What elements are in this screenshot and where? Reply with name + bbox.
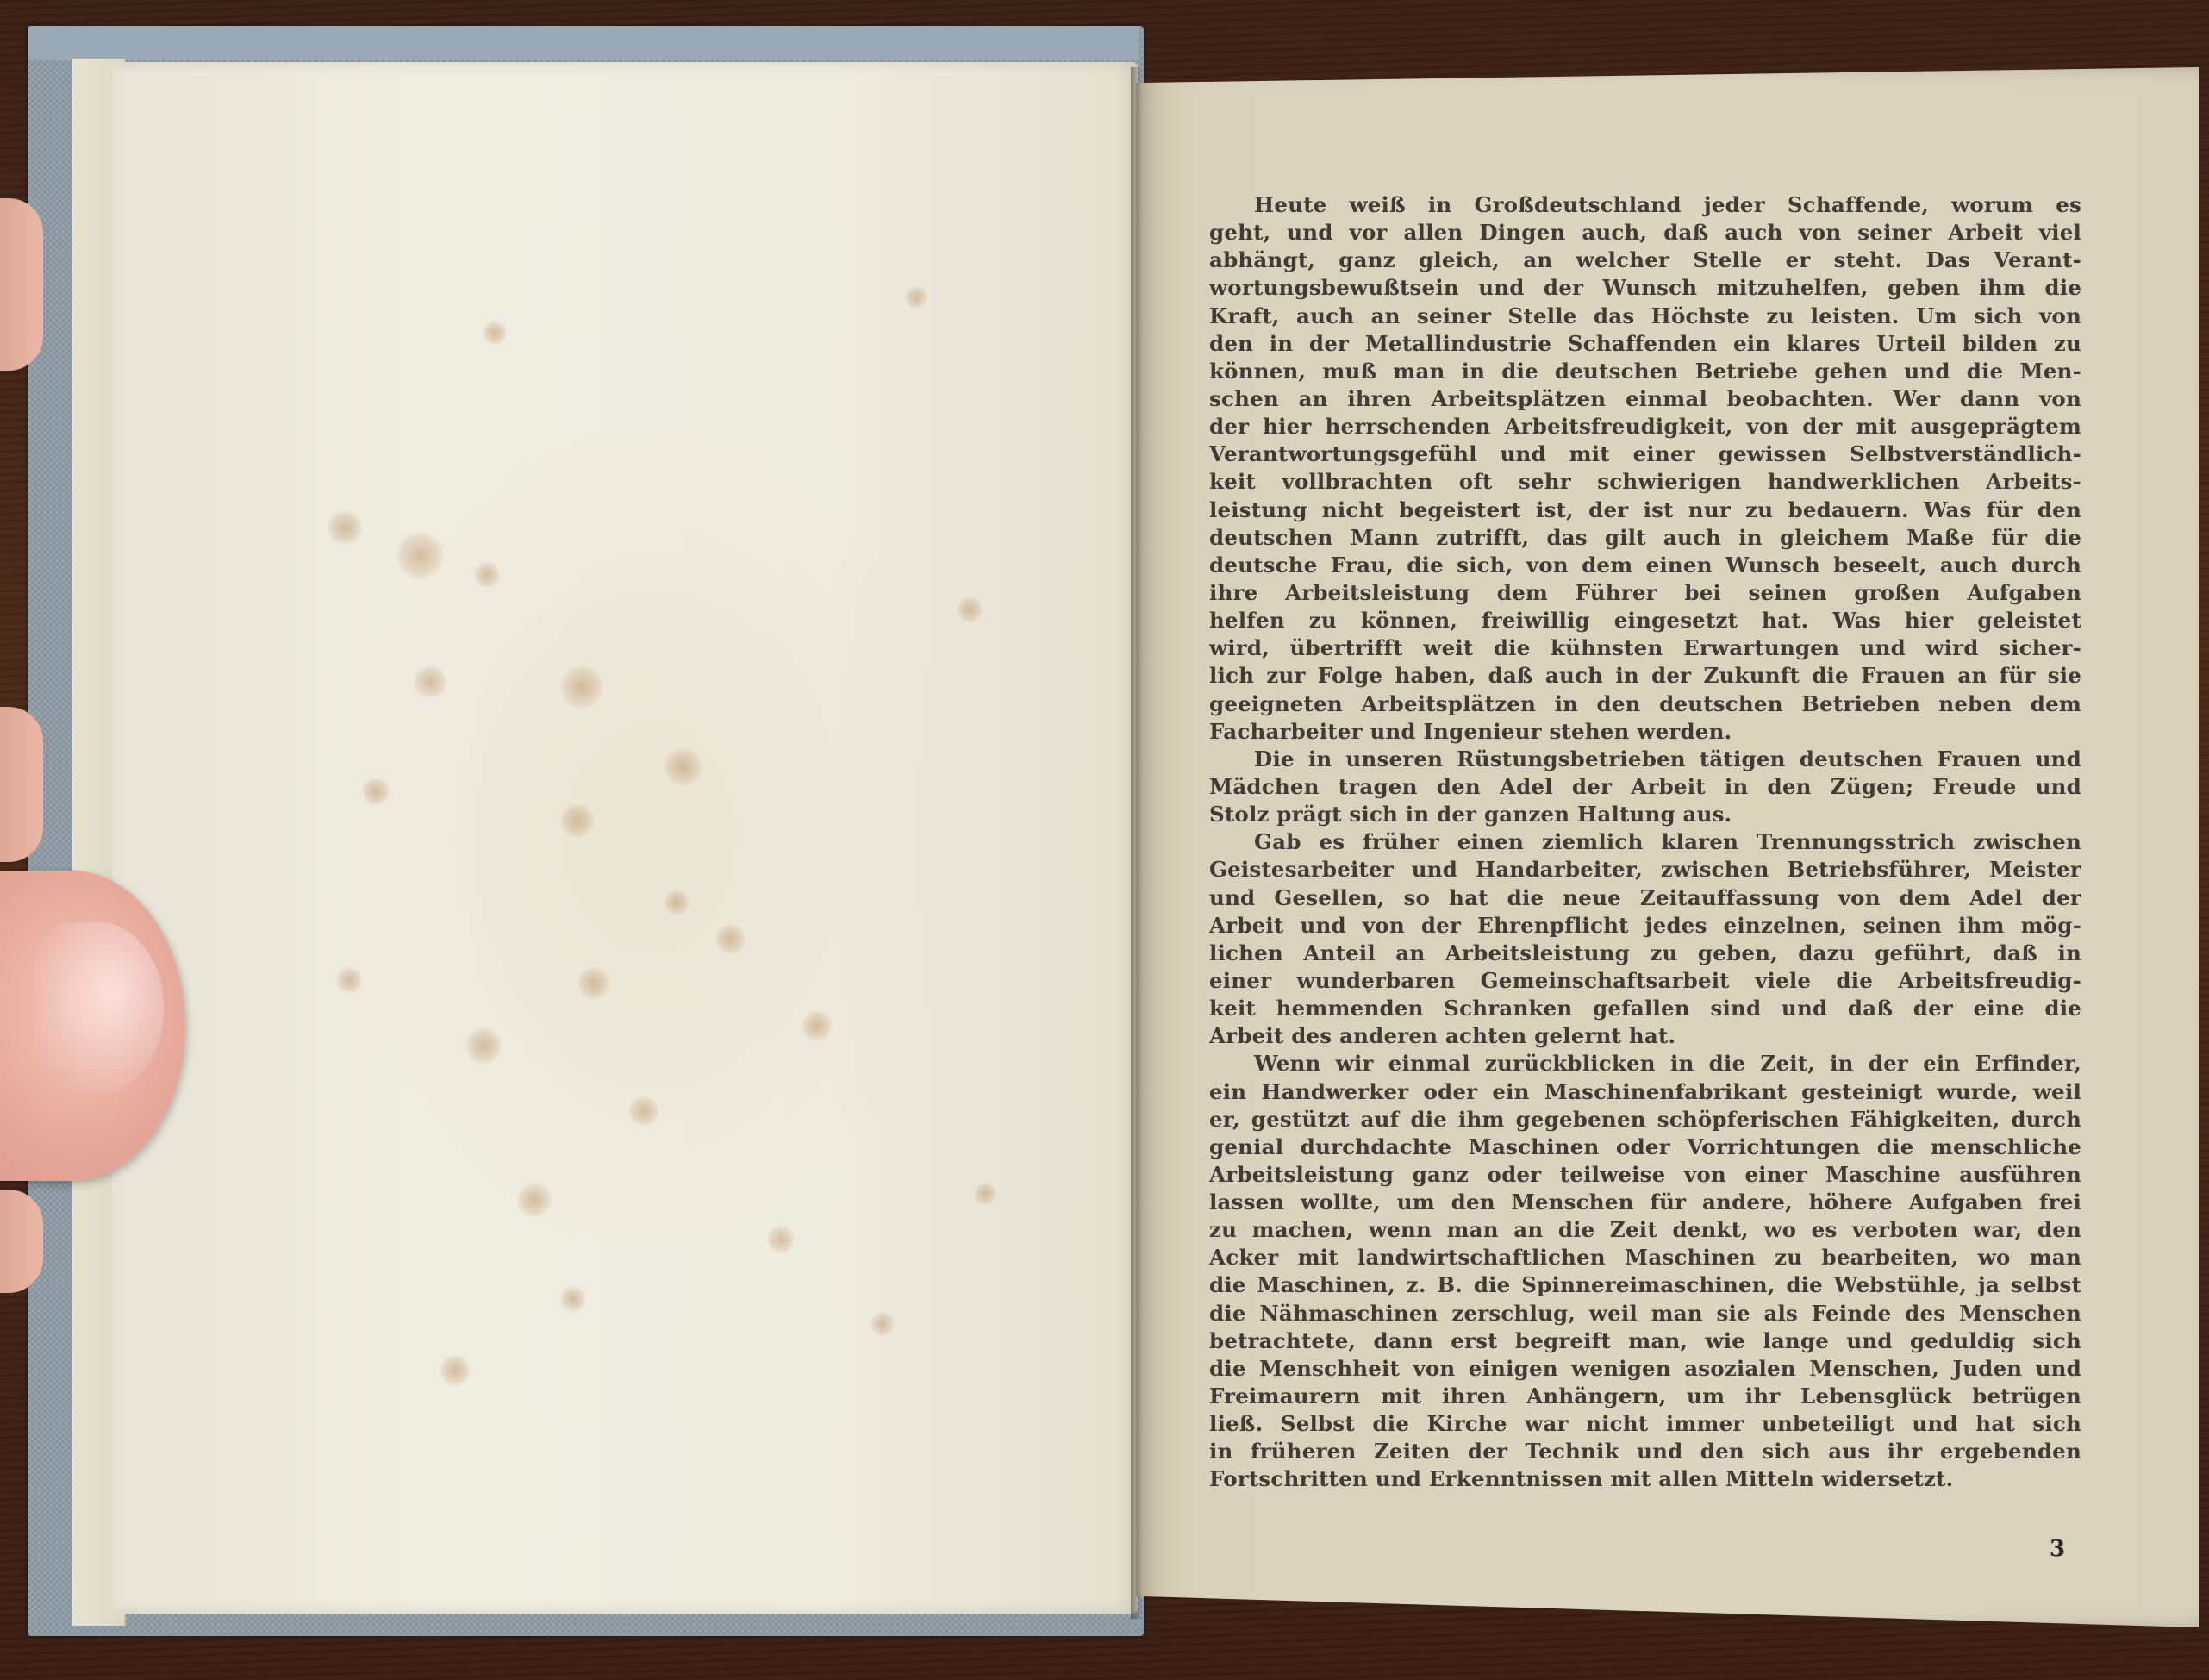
foxing-stain xyxy=(440,1355,471,1386)
text-line: leistung nicht begeistert ist, der ist n… xyxy=(1209,497,2081,524)
text-line: Gab es früher einen ziemlich klaren Tren… xyxy=(1209,828,2081,856)
text-line: in früheren Zeiten der Technik und den s… xyxy=(1209,1438,2081,1465)
text-line: keit hemmenden Schranken gefallen sind u… xyxy=(1209,995,2081,1022)
book-cover-top-edge xyxy=(28,26,1139,60)
text-line: Kraft, auch an seiner Stelle das Höchste… xyxy=(1209,303,2081,330)
text-line: den in der Metallindustrie Schaffenden e… xyxy=(1209,330,2081,358)
text-line: betrachtete, dann erst begreift man, wie… xyxy=(1209,1327,2081,1355)
text-line: Die in unseren Rüstungsbetrieben tätigen… xyxy=(1209,746,2081,773)
text-line: Facharbeiter und Ingenieur stehen werden… xyxy=(1209,718,2081,746)
foxing-stain xyxy=(560,803,595,838)
foxing-stain xyxy=(664,890,690,915)
left-page-blank xyxy=(112,62,1138,1614)
text-line: geeigneten Arbeitsplätzen in den deutsch… xyxy=(1209,690,2081,718)
foxing-stain xyxy=(957,596,983,622)
text-line: lich zur Folge haben, daß auch in der Zu… xyxy=(1209,662,2081,690)
text-line: schen an ihren Arbeitsplätzen einmal beo… xyxy=(1209,385,2081,413)
text-line: Acker mit landwirtschaftlichen Maschinen… xyxy=(1209,1244,2081,1271)
text-line: die Menschheit von einigen wenigen asozi… xyxy=(1209,1355,2081,1383)
finger-upper xyxy=(0,198,43,371)
foxing-stain xyxy=(517,1183,552,1217)
text-line: keit vollbrachten oft sehr schwierigen h… xyxy=(1209,468,2081,496)
text-line: wird, übertrifft weit die kühnsten Erwar… xyxy=(1209,634,2081,662)
foxing-stain xyxy=(362,778,390,805)
text-line: deutschen Mann zutrifft, das gilt auch i… xyxy=(1209,524,2081,552)
foxing-stain xyxy=(483,321,507,345)
foxing-stain xyxy=(396,532,444,579)
foxing-stain xyxy=(905,286,927,309)
text-line: können, muß man in die deutschen Betrieb… xyxy=(1209,358,2081,385)
text-line: geht, und vor allen Dingen auch, daß auc… xyxy=(1209,219,2081,247)
text-line: Arbeit des anderen achten gelernt hat. xyxy=(1209,1022,2081,1050)
text-line: Wenn wir einmal zurückblicken in die Zei… xyxy=(1209,1050,2081,1077)
text-line: Arbeit und von der Ehrenpflicht jedes ei… xyxy=(1209,912,2081,940)
text-line: ließ. Selbst die Kirche war nicht immer … xyxy=(1209,1410,2081,1438)
foxing-stain xyxy=(715,924,746,954)
text-line: Mädchen tragen den Adel der Arbeit in de… xyxy=(1209,773,2081,801)
finger-lower xyxy=(0,1190,43,1293)
text-line: deutsche Frau, die sich, von dem einen W… xyxy=(1209,552,2081,579)
foxing-stain xyxy=(328,510,362,545)
text-line: Arbeitsleistung ganz oder teilweise von … xyxy=(1209,1161,2081,1189)
foxing-stain xyxy=(802,1010,833,1041)
page-number: 3 xyxy=(2050,1536,2065,1562)
foxing-stain xyxy=(465,1027,502,1064)
text-line: lassen wollte, um den Menschen für ander… xyxy=(1209,1189,2081,1216)
text-line: lichen Anteil an Arbeitsleistung zu gebe… xyxy=(1209,940,2081,967)
foxing-stain xyxy=(560,665,603,709)
text-line: der hier herrschenden Arbeitsfreudigkeit… xyxy=(1209,413,2081,440)
text-line: wortungsbewußtsein und der Wunsch mitzuh… xyxy=(1209,274,2081,302)
foxing-stain xyxy=(870,1312,895,1336)
foxing-stain xyxy=(577,967,610,1000)
text-line: Freimaurern mit ihren Anhängern, um ihr … xyxy=(1209,1383,2081,1410)
text-line: die Maschinen, z. B. die Spinnereimaschi… xyxy=(1209,1271,2081,1299)
foxing-stain xyxy=(974,1183,996,1205)
book-gutter xyxy=(1131,67,1143,1619)
text-line: genial durchdachte Maschinen oder Vorric… xyxy=(1209,1134,2081,1161)
text-line: ihre Arbeitsleistung dem Führer bei sein… xyxy=(1209,579,2081,607)
foxing-stain xyxy=(664,747,702,786)
text-line: er, gestützt auf die ihm gegebenen schöp… xyxy=(1209,1106,2081,1134)
finger-middle xyxy=(0,707,43,862)
foxing-stain xyxy=(336,967,362,993)
text-line: die Nähmaschinen zerschlug, weil man sie… xyxy=(1209,1300,2081,1327)
text-line: abhängt, ganz gleich, an welcher Stelle … xyxy=(1209,247,2081,274)
text-line: ein Handwerker oder ein Maschinenfabrika… xyxy=(1209,1078,2081,1106)
text-line: einer wunderbaren Gemeinschaftsarbeit vi… xyxy=(1209,967,2081,995)
text-line: Heute weiß in Großdeutschland jeder Scha… xyxy=(1209,191,2081,219)
foxing-stain xyxy=(474,562,500,588)
text-line: Fortschritten und Erkenntnissen mit alle… xyxy=(1209,1465,2081,1493)
text-line: helfen zu können, freiwillig eingesetzt … xyxy=(1209,607,2081,634)
text-line: Verantwortungsgefühl und mit einer gewis… xyxy=(1209,440,2081,468)
text-line: Stolz prägt sich in der ganzen Haltung a… xyxy=(1209,801,2081,828)
page-body-text: Heute weiß in Großdeutschland jeder Scha… xyxy=(1209,191,2081,1494)
text-line: zu machen, wenn man an die Zeit denkt, w… xyxy=(1209,1216,2081,1244)
foxing-stain xyxy=(629,1096,658,1126)
foxing-stain xyxy=(414,665,446,698)
text-line: und Gesellen, so hat die neue Zeitauffas… xyxy=(1209,884,2081,912)
foxing-stain xyxy=(767,1226,795,1253)
thumbnail-highlight xyxy=(34,922,164,1095)
text-line: Geistesarbeiter und Handarbeiter, zwisch… xyxy=(1209,856,2081,884)
foxing-stain xyxy=(560,1286,586,1312)
